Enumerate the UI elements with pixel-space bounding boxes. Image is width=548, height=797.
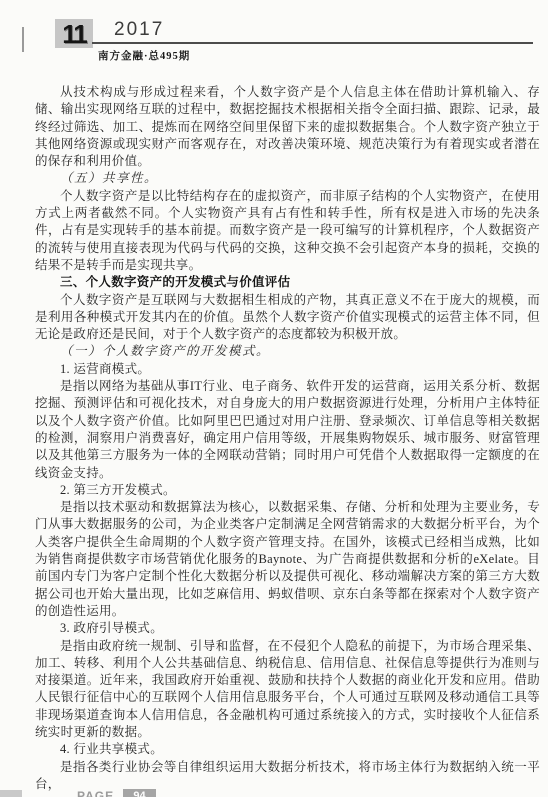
paragraph: 是指以技术驱动和数据算法为核心，以数据采集、存储、分析和处理为主要业务，专门从事… [35, 499, 540, 620]
numbered-heading: 4. 行业共享模式。 [35, 741, 540, 758]
footer-bar [0, 790, 22, 797]
paragraph: 是指以网络为基础从事IT行业、电子商务、软件开发的运营商，运用关系分析、数据挖掘… [35, 378, 540, 482]
numbered-heading: 1. 运营商模式。 [35, 361, 540, 378]
journal-title-issue: 南方金融·总495期 [98, 48, 190, 63]
section-heading: 三、个人数字资产的开发模式与价值评估 [35, 274, 540, 291]
paragraph: 是指各类行业协会等自律组织运用大数据分析技术，将市场主体行为数据纳入统一平台， [35, 759, 540, 794]
journal-page: 11 2017 南方金融·总495期 从技术构成与形成过程来看，个人数字资产是个… [0, 0, 548, 797]
year-label: 2017 [114, 19, 164, 41]
paragraph: 个人数字资产是互联网与大数据相生相成的产物，其真正意义不在于庞大的规模，而是利用… [35, 292, 540, 344]
issue-number: 11 [62, 21, 86, 47]
paragraph: 从技术构成与形成过程来看，个人数字资产是个人信息主体在借助计算机输入、存储、输出… [35, 84, 540, 170]
paragraph: 个人数字资产是以比特结构存在的虚拟资产，而非原子结构的个人实物资产，在使用方式上… [35, 188, 540, 274]
kai-subheading: （五）共享性。 [35, 170, 540, 187]
numbered-heading: 3. 政府引导模式。 [35, 620, 540, 637]
spine-mark [22, 27, 24, 52]
footer-page-number: 94 [123, 789, 156, 797]
issue-number-box: 11 [55, 19, 93, 48]
article-body: 从技术构成与形成过程来看，个人数字资产是个人信息主体在借助计算机输入、存储、输出… [35, 84, 540, 793]
numbered-heading: 2. 第三方开发模式。 [35, 482, 540, 499]
paragraph: 是指由政府统一规制、引导和监督，在不侵犯个人隐私的前提下，为市场合理采集、加工、… [35, 638, 540, 742]
header-rule [92, 42, 533, 44]
kai-subheading: （一）个人数字资产的开发模式。 [35, 343, 540, 360]
footer-page-label: PAGE [77, 789, 114, 797]
